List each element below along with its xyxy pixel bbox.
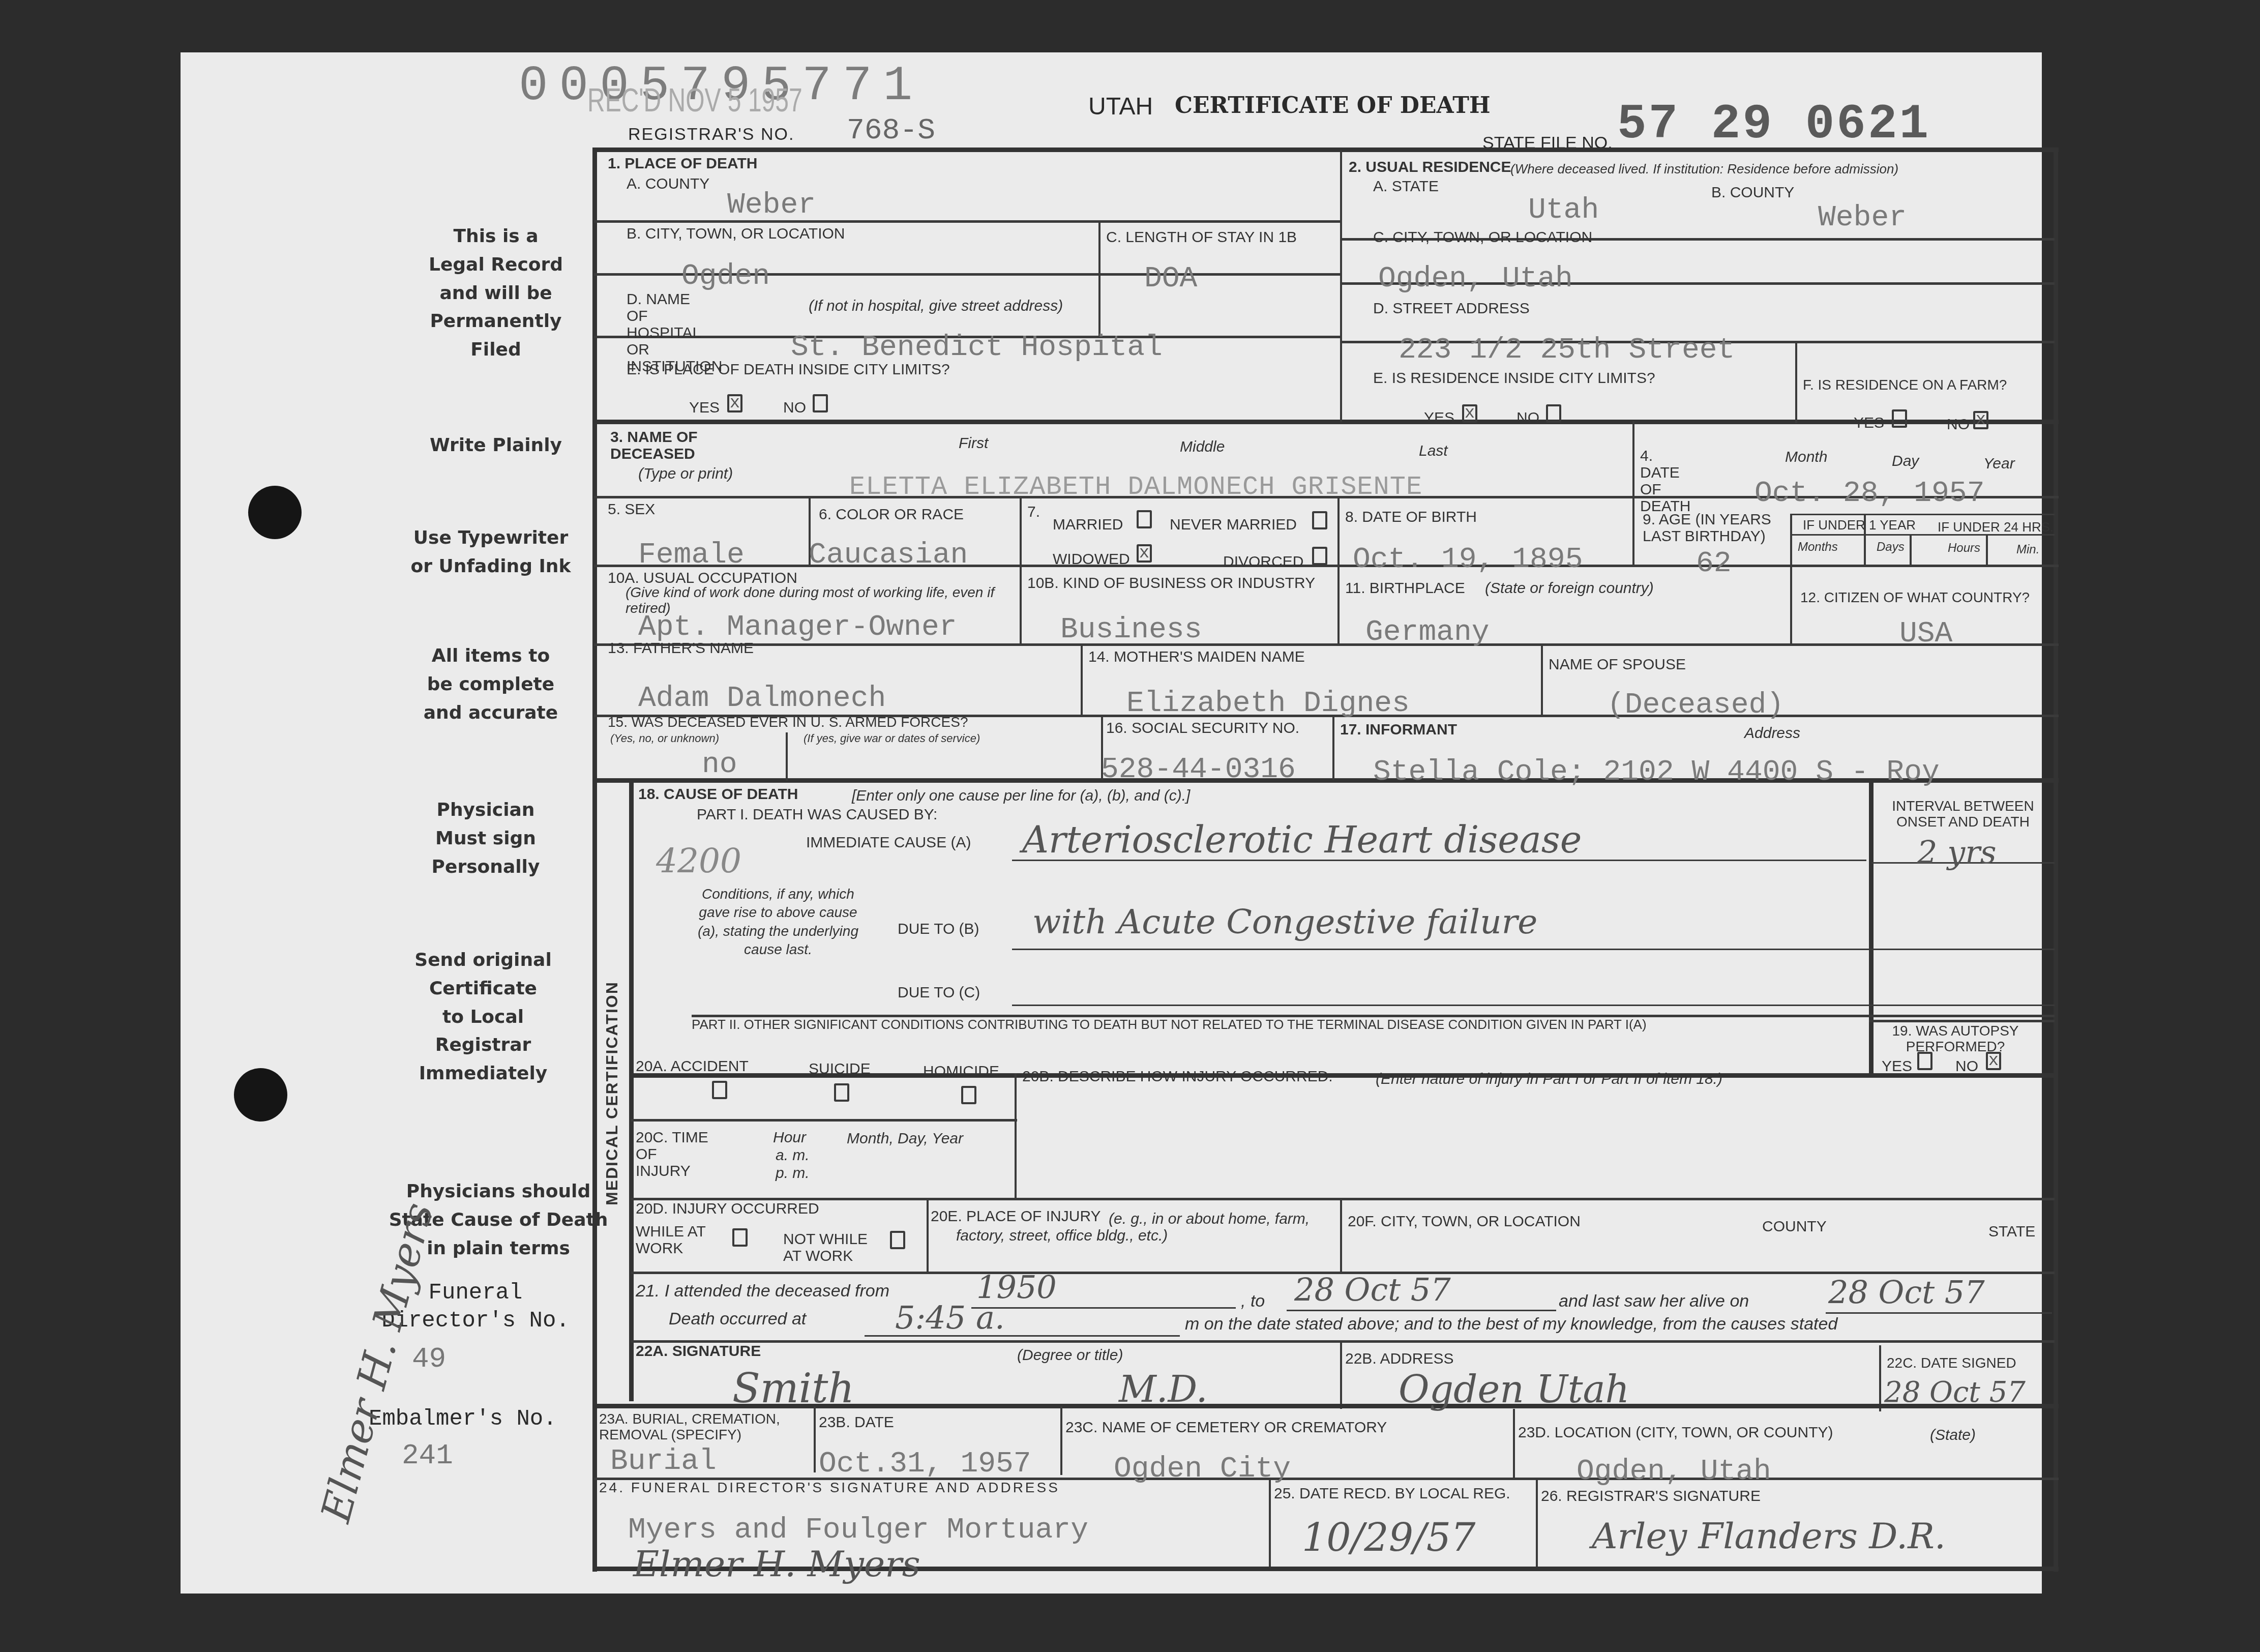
residence-county-value[interactable]: Weber — [1818, 203, 1907, 233]
medical-inner-border — [629, 781, 634, 1401]
residence-state-value[interactable]: Utah — [1528, 196, 1599, 225]
col-line — [1536, 1478, 1538, 1567]
registrar-signature-value[interactable]: Arley Flanders D.R. — [1592, 1518, 1946, 1554]
pm-label: p. m. — [776, 1165, 810, 1182]
spouse-value[interactable]: (Deceased) — [1607, 691, 1784, 720]
residence-county-label: b. COUNTY — [1711, 184, 1794, 201]
residence-city-limits-yes-label: YES — [1424, 409, 1454, 426]
injury-county-label: COUNTY — [1762, 1218, 1827, 1235]
form-top-border — [594, 147, 2059, 152]
business-label: 10b. KIND OF BUSINESS OR INDUSTRY — [1027, 575, 1315, 592]
death-occurred-label: Death occurred at — [669, 1310, 806, 1329]
note-send-original: Send original Certificate to Local Regis… — [376, 946, 590, 1088]
informant-value[interactable]: Stella Cole; 2102 W 4400 S - Roy — [1373, 758, 1940, 787]
col-line — [1081, 643, 1083, 715]
race-label: 6. COLOR OR RACE — [819, 506, 964, 523]
date-recd-value[interactable]: 10/29/57 — [1302, 1518, 1475, 1557]
disposition-date-label: 23b. DATE — [819, 1414, 894, 1431]
residence-city-limits-label: e. IS RESIDENCE INSIDE CITY LIMITS? — [1373, 370, 1655, 387]
dob-value[interactable]: Oct. 19, 1895 — [1353, 545, 1583, 575]
col-line — [1632, 421, 1634, 566]
funeral-director-no: 49 — [412, 1343, 446, 1375]
mother-value[interactable]: Elizabeth Dignes — [1126, 689, 1410, 719]
first-name-label: First — [959, 435, 988, 452]
race-value[interactable]: Caucasian — [809, 541, 968, 570]
business-value[interactable]: Business — [1060, 615, 1202, 645]
col-line — [1790, 514, 1792, 643]
death-city-limits-no-checkbox[interactable] — [813, 394, 828, 412]
attended-from-line — [971, 1307, 1236, 1309]
residence-city-limits-yes-checkbox[interactable]: x — [1462, 404, 1477, 423]
last-saw-label: and last saw her alive on — [1559, 1292, 1749, 1311]
last-saw-value[interactable]: 28 Oct 57 — [1828, 1277, 1985, 1308]
row-line — [1790, 514, 2055, 515]
col-line — [1879, 1345, 1881, 1411]
residence-city-value[interactable]: Ogden, Utah — [1378, 264, 1573, 294]
physician-address-label: 22b. ADDRESS — [1345, 1350, 1453, 1367]
col-line — [1910, 534, 1912, 565]
last-name-label: Last — [1419, 442, 1448, 459]
interval-value[interactable]: 2 yrs — [1917, 837, 1997, 868]
death-city-value[interactable]: Ogden — [681, 262, 770, 291]
death-county-value[interactable]: Weber — [727, 191, 816, 220]
attended-to-value[interactable]: 28 Oct 57 — [1294, 1274, 1451, 1306]
cause-of-death-label: 18. CAUSE OF DEATH — [638, 786, 798, 803]
place-of-injury-hint: (e. g., in or about home, farm, factory,… — [956, 1211, 1332, 1244]
hospital-value[interactable]: St. Benedict Hospital — [791, 333, 1163, 363]
due-to-b-label: DUE TO (b) — [898, 921, 979, 937]
death-city-limits-yes-checkbox[interactable]: x — [727, 394, 742, 412]
disposition-date-value[interactable]: Oct.31, 1957 — [819, 1450, 1031, 1479]
divorced-label: DIVORCED — [1223, 553, 1303, 570]
injury-occurred-label: 20d. INJURY OCCURRED — [636, 1200, 819, 1217]
injury-desc-field[interactable] — [1020, 1091, 2052, 1195]
immediate-cause-value[interactable]: Arteriosclerotic Heart disease — [1022, 821, 1582, 858]
homicide-label: HOMICIDE — [923, 1063, 999, 1080]
note-complete: All items to be complete and accurate — [384, 642, 598, 727]
row-line — [594, 220, 1342, 223]
col-line — [1795, 342, 1797, 423]
signature-label: 22a. SIGNATURE — [636, 1343, 761, 1360]
attended-from-value[interactable]: 1950 — [976, 1272, 1057, 1303]
col-line — [1020, 496, 1022, 643]
sex-label: 5. SEX — [608, 501, 655, 518]
degree-label: (Degree or title) — [1017, 1347, 1123, 1364]
due-to-b-value[interactable]: with Acute Congestive failure — [1032, 905, 1537, 939]
col-line — [1340, 1343, 1342, 1409]
col-line — [1098, 222, 1101, 337]
months-label: Months — [1798, 541, 1838, 554]
last-saw-line — [1826, 1312, 2052, 1314]
punch-hole-bottom — [234, 1068, 287, 1122]
certificate-title: CERTIFICATE OF DEATH — [1175, 93, 1490, 119]
dob-label: 8. DATE OF BIRTH — [1345, 509, 1477, 525]
death-city-label: b. CITY, TOWN, OR LOCATION — [627, 225, 845, 242]
under-1-year-label: IF UNDER 1 YEAR — [1803, 518, 1916, 533]
state-file-no: 57 29 0621 — [1617, 97, 1930, 152]
armed-forces-value[interactable]: no — [702, 750, 737, 780]
residence-street-value[interactable]: 223 1/2 25th Street — [1399, 336, 1735, 365]
form-right-border — [2054, 147, 2058, 1572]
injury-desc-label: 20b. DESCRIBE HOW INJURY OCCURRED. — [1022, 1068, 1333, 1085]
death-year-label: Year — [1983, 455, 2015, 472]
death-day-label: Day — [1892, 453, 1919, 469]
immediate-cause-label: IMMEDIATE CAUSE (a) — [806, 834, 971, 851]
length-of-stay-value[interactable]: DOA — [1144, 264, 1197, 294]
row-line — [631, 1198, 2055, 1200]
punch-hole-top — [248, 486, 302, 539]
accident-checkbox[interactable] — [712, 1081, 727, 1099]
date-signed-value[interactable]: 28 Oct 57 — [1884, 1378, 2026, 1407]
cause-b-line — [1012, 949, 2055, 950]
date-signed-label: 22c. DATE SIGNED — [1887, 1355, 2016, 1371]
hospital-hint: (If not in hospital, give street address… — [809, 298, 1063, 314]
embalmer-no: 241 — [402, 1439, 453, 1472]
col-line — [1332, 715, 1334, 780]
residence-city-limits-no-checkbox[interactable] — [1546, 404, 1561, 423]
funeral-director-value[interactable]: Myers and Foulger Mortuary — [628, 1516, 1088, 1545]
cemetery-value[interactable]: Ogden City — [1114, 1455, 1291, 1484]
deceased-name-label: 3. NAME OF DECEASED — [610, 429, 702, 462]
cause-c-line — [1012, 1005, 2055, 1006]
physician-address-value[interactable]: Ogden Utah — [1399, 1371, 1629, 1408]
cemetery-label: 23c. NAME OF CEMETERY OR CREMATORY — [1065, 1419, 1387, 1436]
injury-desc-hint: (Enter nature of injury in Part I or Par… — [1376, 1071, 1722, 1087]
under-24-hrs-label: IF UNDER 24 HRS. — [1938, 520, 2054, 535]
physician-signature[interactable]: Smith — [732, 1368, 854, 1409]
cause-code: 4200 — [656, 844, 741, 878]
due-to-c-label: DUE TO (c) — [898, 984, 980, 1001]
col-line — [927, 1198, 929, 1272]
usual-residence-hint: (Where deceased lived. If institution: R… — [1510, 162, 1898, 176]
to-label: , to — [1241, 1292, 1265, 1311]
residence-farm-no-label: NO — [1947, 416, 1970, 433]
part2-label: PART II. OTHER SIGNIFICANT CONDITIONS CO… — [692, 1017, 1647, 1032]
sex-value[interactable]: Female — [638, 541, 745, 570]
col-line — [1986, 534, 1988, 565]
never-married-label: NEVER MARRIED — [1170, 516, 1297, 533]
age-value[interactable]: 62 — [1696, 549, 1732, 579]
residence-farm-no-checkbox[interactable]: x — [1973, 411, 1988, 429]
while-at-work-checkbox[interactable] — [732, 1228, 748, 1247]
married-checkbox[interactable] — [1137, 510, 1152, 528]
length-of-stay-label: c. LENGTH OF STAY IN 1b — [1106, 229, 1297, 246]
armed-forces-hint-1: (Yes, no, or unknown) — [610, 732, 719, 745]
time-of-injury-label: 20c. TIME OF INJURY — [636, 1129, 712, 1179]
form-left-border — [592, 147, 597, 1572]
residence-farm-label: f. IS RESIDENCE ON A FARM? — [1803, 377, 2007, 393]
residence-city-label: c. CITY, TOWN, OR LOCATION — [1373, 229, 1592, 246]
marital-label: 7. — [1027, 504, 1040, 520]
birthplace-hint: (State or foreign country) — [1485, 580, 1654, 597]
suicide-checkbox[interactable] — [834, 1083, 849, 1102]
father-value[interactable]: Adam Dalmonech — [638, 684, 886, 714]
interval-label: INTERVAL BETWEEN ONSET AND DEATH — [1879, 799, 2047, 830]
father-label: 13. FATHER'S NAME — [608, 640, 754, 657]
attended-to-line — [1287, 1310, 1556, 1311]
place-of-death-label: 1. PLACE OF DEATH — [608, 155, 757, 172]
col-line — [1541, 646, 1543, 715]
residence-farm-yes-label: YES — [1854, 415, 1884, 431]
death-month-label: Month — [1785, 449, 1827, 465]
funeral-director-signature[interactable]: Elmer H. Myers — [633, 1546, 920, 1582]
death-city-limits-no-label: NO — [783, 399, 806, 416]
mother-label: 14. MOTHER'S MAIDEN NAME — [1088, 648, 1305, 665]
death-city-limits-label: e. IS PLACE OF DEATH INSIDE CITY LIMITS? — [627, 361, 950, 378]
ssn-label: 16. SOCIAL SECURITY NO. — [1106, 720, 1299, 736]
injury-state-label: STATE — [1988, 1223, 2035, 1240]
col-line — [1337, 496, 1340, 643]
injury-city-label: 20f. CITY, TOWN, OR LOCATION — [1348, 1213, 1581, 1230]
autopsy-no-checkbox[interactable]: x — [1986, 1052, 2001, 1070]
registrars-no-label: REGISTRAR'S NO. — [628, 125, 794, 144]
age-label: 9. AGE (In years last birthday) — [1643, 511, 1790, 545]
registrar-signature-label: 26. REGISTRAR'S SIGNATURE — [1541, 1488, 1761, 1504]
statement-text: m on the date stated above; and to the b… — [1185, 1315, 1837, 1334]
death-time-value[interactable]: 5:45 a. — [895, 1302, 1005, 1334]
occupation-value[interactable]: Apt. Manager-Owner — [638, 613, 957, 642]
ssn-value[interactable]: 528-44-0316 — [1101, 755, 1296, 785]
death-city-limits-yes-label: YES — [689, 399, 720, 416]
not-while-at-work-label: NOT WHILE AT WORK — [783, 1231, 880, 1264]
funeral-director-label: 24. FUNERAL DIRECTOR'S SIGNATURE AND ADD… — [599, 1480, 1060, 1496]
location-state-label: (State) — [1930, 1427, 1976, 1443]
mdy-label: Month, Day, Year — [847, 1130, 963, 1147]
citizen-value[interactable]: USA — [1899, 619, 1952, 649]
deceased-name-hint: (Type or print) — [638, 465, 733, 482]
homicide-checkbox[interactable] — [961, 1086, 976, 1104]
residence-city-limits-no-label: NO — [1516, 409, 1539, 426]
col-line — [1340, 150, 1342, 422]
suicide-label: SUICIDE — [809, 1060, 871, 1077]
divorced-checkbox[interactable] — [1312, 547, 1327, 565]
married-label: MARRIED — [1053, 516, 1123, 533]
spouse-label: NAME OF SPOUSE — [1549, 656, 1686, 673]
date-of-death-label: 4. DATE OF DEATH — [1640, 448, 1696, 515]
residence-state-label: a. STATE — [1373, 178, 1439, 195]
autopsy-yes-label: YES — [1882, 1058, 1912, 1075]
medical-certification-label: MEDICAL CERTIFICATION — [603, 981, 621, 1205]
col-line — [1269, 1478, 1271, 1567]
min-label: Min. — [2016, 543, 2039, 556]
physician-degree[interactable]: M.D. — [1119, 1371, 1208, 1407]
registrars-no: 768-S — [847, 114, 935, 147]
col-line — [786, 732, 788, 781]
hours-label: Hours — [1948, 542, 1980, 555]
autopsy-line — [1869, 1020, 2055, 1022]
accident-label: 20a. ACCIDENT — [636, 1058, 749, 1075]
hour-label: Hour — [773, 1129, 806, 1146]
birthplace-value[interactable]: Germany — [1365, 618, 1490, 647]
widowed-label: WIDOWED — [1053, 551, 1130, 568]
note-physician-sign: Physician Must sign Personally — [379, 796, 592, 881]
armed-forces-label: 15. WAS DECEASED EVER IN U. S. ARMED FOR… — [608, 715, 968, 730]
location-label: 23d. LOCATION (City, town, or county) — [1518, 1424, 1833, 1441]
embalmer-no-label: Embalmer's No. — [369, 1406, 557, 1432]
received-stamp: REC'D NOV 5 1957 — [587, 81, 802, 119]
not-while-at-work-checkbox[interactable] — [890, 1231, 905, 1249]
days-label: Days — [1877, 541, 1905, 554]
while-at-work-label: WHILE AT WORK — [636, 1223, 722, 1257]
col-line — [1060, 1406, 1062, 1475]
armed-forces-hint-2: (If yes, give war or dates of service) — [804, 732, 980, 745]
row-line — [594, 420, 2059, 424]
col-line — [814, 1406, 816, 1472]
cause-of-death-hint: [Enter only one cause per line for (a), … — [852, 787, 1190, 804]
birthplace-label: 11. BIRTHPLACE — [1345, 580, 1465, 597]
burial-label: 23a. BURIAL, CREMATION, REMOVAL (Specify… — [599, 1411, 813, 1443]
col-line — [1340, 1198, 1342, 1272]
middle-name-label: Middle — [1180, 438, 1225, 455]
residence-street-label: d. STREET ADDRESS — [1373, 300, 1530, 317]
col-line — [1513, 1409, 1515, 1478]
col-line — [1015, 1073, 1017, 1198]
note-legal-record: This is a Legal Record and will be Perma… — [389, 222, 603, 364]
row-line — [631, 1340, 2055, 1343]
residence-farm-yes-checkbox[interactable] — [1892, 409, 1907, 428]
autopsy-no-label: NO — [1955, 1058, 1978, 1075]
informant-label: 17. INFORMANT — [1340, 721, 1457, 738]
death-county-label: a. COUNTY — [627, 175, 709, 192]
burial-value[interactable]: Burial — [610, 1447, 717, 1477]
citizen-label: 12. CITIZEN OF WHAT COUNTRY? — [1800, 590, 2030, 606]
never-married-checkbox[interactable] — [1312, 511, 1327, 529]
part1-label: PART I. DEATH WAS CAUSED BY: — [697, 806, 937, 823]
usual-residence-label: 2. USUAL RESIDENCE — [1349, 159, 1511, 175]
autopsy-label: 19. WAS AUTOPSY PERFORMED? — [1871, 1023, 2039, 1055]
date-of-death-value[interactable]: Oct. 28, 1957 — [1755, 479, 1984, 509]
widowed-checkbox[interactable]: x — [1137, 544, 1152, 563]
attended-label: 21. I attended the deceased from — [636, 1282, 889, 1301]
autopsy-yes-checkbox[interactable] — [1917, 1052, 1932, 1070]
location-value[interactable]: Ogden, Utah — [1577, 1457, 1771, 1487]
informant-address-label: Address — [1744, 725, 1800, 742]
date-recd-label: 25. DATE RECD. BY LOCAL REG. — [1274, 1485, 1510, 1502]
row-line — [631, 1119, 1017, 1122]
deceased-name-value[interactable]: ELETTA ELIZABETH DALMONECH GRISENTE — [849, 474, 1422, 500]
note-typewriter: Use Typewriter or Unfading Ink — [384, 524, 598, 581]
note-write-plainly: Write Plainly — [389, 431, 603, 460]
conditions-hint: Conditions, if any, which gave rise to a… — [697, 885, 859, 959]
am-label: a. m. — [776, 1147, 810, 1164]
title-state: UTAH — [1088, 93, 1153, 121]
